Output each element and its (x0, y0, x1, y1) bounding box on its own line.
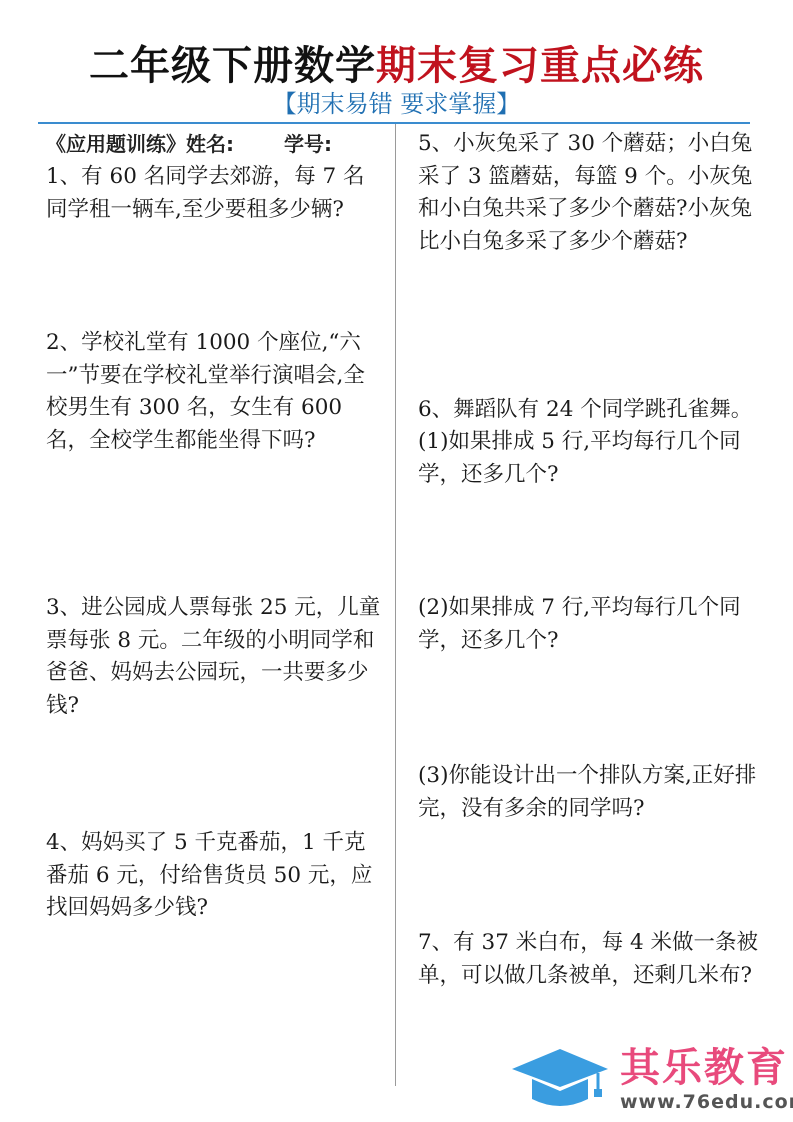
question-2: 2、学校礼堂有 1000 个座位,“六一”节要在学校礼堂举行演唱会,全校男生有 … (46, 327, 386, 457)
worksheet-header: 《应用题训练》姓名:学号: (46, 128, 386, 161)
title-part-grade: 二年级下册数学 (89, 43, 376, 89)
brand-name: 其乐教育 (620, 1045, 788, 1091)
question-6: 6、舞蹈队有 24 个同学跳孔雀舞。 (418, 394, 763, 427)
question-7: 7、有 37 米白布，每 4 米做一条被单，可以做几条被单，还剩几米布? (418, 927, 763, 992)
question-6-part-1: (1)如果排成 5 行,平均每行几个同学，还多几个? (418, 426, 763, 491)
question-6-part-3: (3)你能设计出一个排队方案,正好排完，没有多余的同学吗? (418, 760, 763, 825)
brand-logo: 其乐教育 www.76edu.com (510, 1045, 790, 1115)
question-4: 4、妈妈买了 5 千克番茄，1 千克番茄 6 元，付给售货员 50 元，应找回妈… (46, 827, 386, 925)
question-1: 1、有 60 名同学去郊游，每 7 名同学租一辆车,至少要租多少辆? (46, 161, 386, 226)
title-part-review: 期末复习重点必练 (376, 43, 704, 89)
brand-url: www.76edu.com (620, 1091, 793, 1113)
column-divider (395, 124, 396, 1086)
header-divider (38, 122, 750, 124)
page-title: 二年级下册数学期末复习重点必练 (0, 40, 793, 92)
name-label: 姓名: (186, 132, 234, 156)
graduation-cap-icon (510, 1047, 610, 1113)
section-title: 《应用题训练》 (46, 132, 186, 156)
question-3: 3、进公园成人票每张 25 元，儿童票每张 8 元。二年级的小明同学和爸爸、妈妈… (46, 592, 386, 722)
question-5: 5、小灰兔采了 30 个蘑菇；小白兔采了 3 篮蘑菇，每篮 9 个。小灰兔和小白… (418, 128, 763, 258)
question-6-part-2: (2)如果排成 7 行,平均每行几个同学，还多几个? (418, 592, 763, 657)
student-id-label: 学号: (284, 132, 332, 156)
page-subtitle: 【期末易错 要求掌握】 (0, 88, 793, 120)
